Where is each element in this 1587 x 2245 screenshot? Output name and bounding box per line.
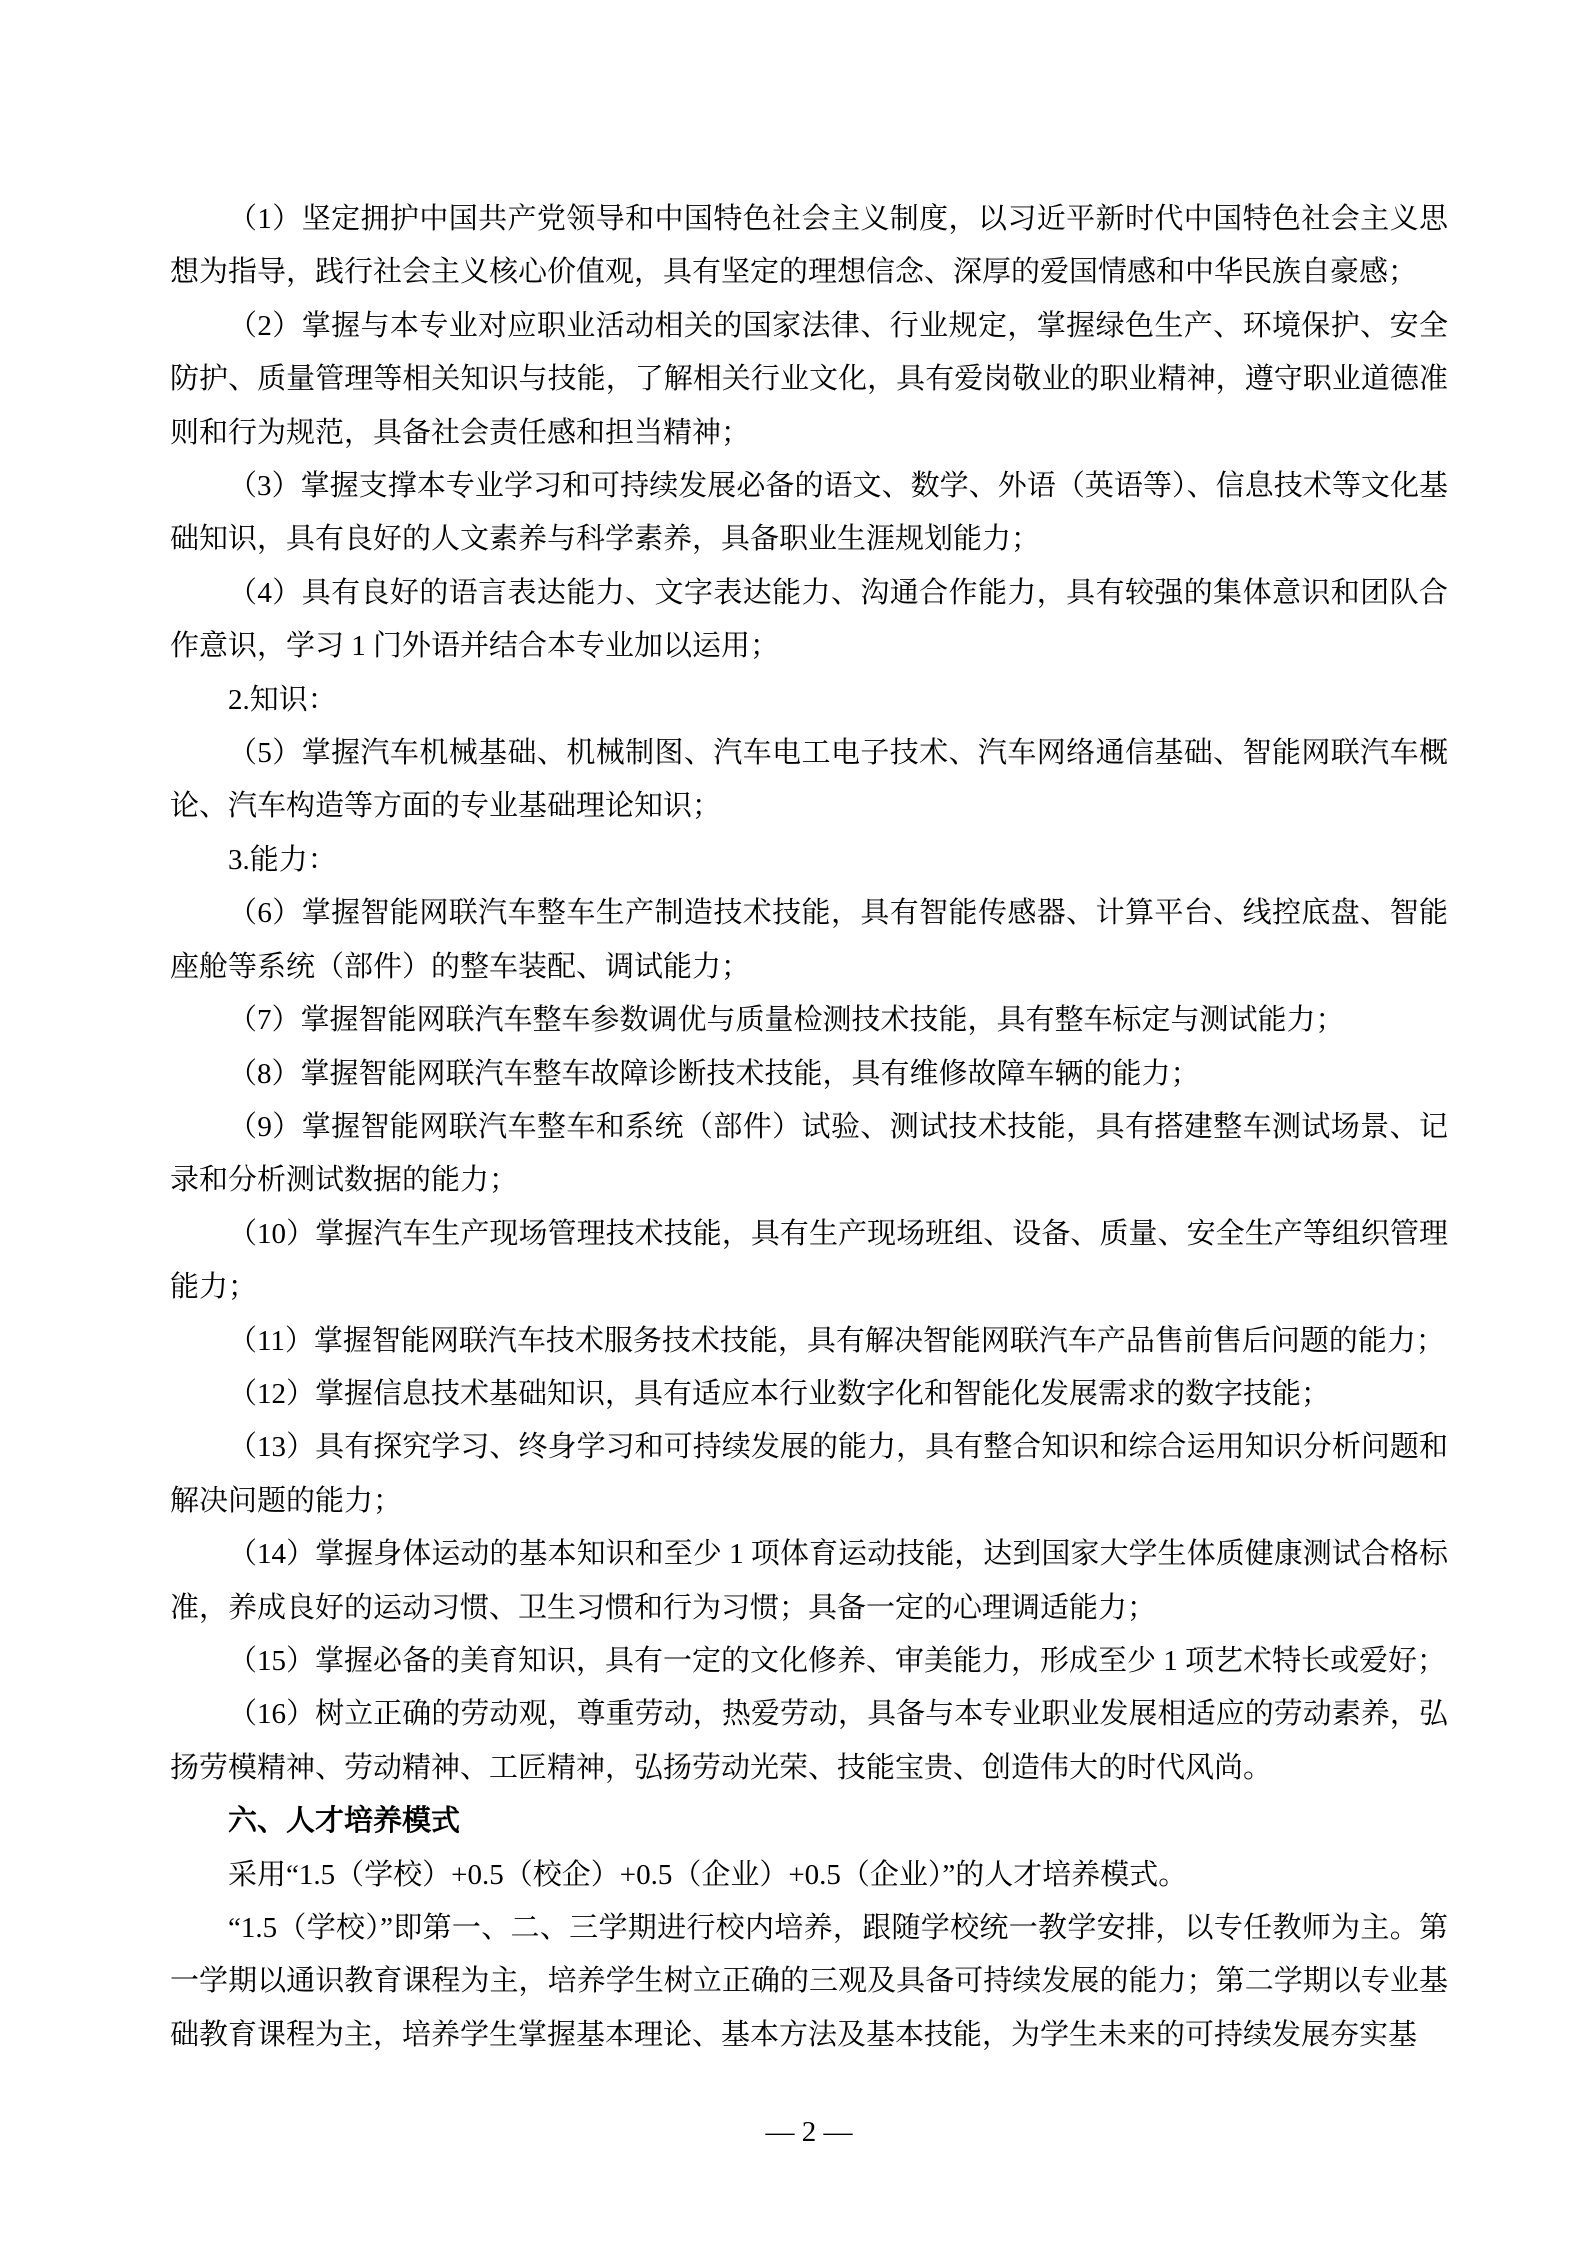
paragraph: （2）掌握与本专业对应职业活动相关的国家法律、行业规定，掌握绿色生产、环境保护、…: [170, 300, 1448, 460]
paragraph: （1）坚定拥护中国共产党领导和中国特色社会主义制度，以习近平新时代中国特色社会主…: [170, 193, 1448, 300]
paragraph: 采用“1.5（学校）+0.5（校企）+0.5（企业）+0.5（企业）”的人才培养…: [170, 1849, 1448, 1902]
document-body: （1）坚定拥护中国共产党领导和中国特色社会主义制度，以习近平新时代中国特色社会主…: [170, 193, 1448, 2062]
paragraph: （16）树立正确的劳动观，尊重劳动，热爱劳动，具备与本专业职业发展相适应的劳动素…: [170, 1688, 1448, 1795]
paragraph: （10）掌握汽车生产现场管理技术技能，具有生产现场班组、设备、质量、安全生产等组…: [170, 1208, 1448, 1315]
section-heading: 六、人才培养模式: [170, 1795, 1448, 1848]
paragraph: （7）掌握智能网联汽车整车参数调优与质量检测技术技能，具有整车标定与测试能力；: [170, 994, 1448, 1047]
paragraph: （8）掌握智能网联汽车整车故障诊断技术技能，具有维修故障车辆的能力；: [170, 1048, 1448, 1101]
paragraph: （6）掌握智能网联汽车整车生产制造技术技能，具有智能传感器、计算平台、线控底盘、…: [170, 887, 1448, 994]
paragraph: （12）掌握信息技术基础知识，具有适应本行业数字化和智能化发展需求的数字技能；: [170, 1368, 1448, 1421]
paragraph: （9）掌握智能网联汽车整车和系统（部件）试验、测试技术技能，具有搭建整车测试场景…: [170, 1101, 1448, 1208]
paragraph: （5）掌握汽车机械基础、机械制图、汽车电工电子技术、汽车网络通信基础、智能网联汽…: [170, 727, 1448, 834]
paragraph: “1.5（学校）”即第一、二、三学期进行校内培养，跟随学校统一教学安排，以专任教…: [170, 1902, 1448, 2062]
paragraph: （4）具有良好的语言表达能力、文字表达能力、沟通合作能力，具有较强的集体意识和团…: [170, 567, 1448, 674]
paragraph: 2.知识：: [170, 674, 1448, 727]
paragraph: （11）掌握智能网联汽车技术服务技术技能，具有解决智能网联汽车产品售前售后问题的…: [170, 1315, 1448, 1368]
paragraph: （13）具有探究学习、终身学习和可持续发展的能力，具有整合知识和综合运用知识分析…: [170, 1421, 1448, 1528]
paragraph: （14）掌握身体运动的基本知识和至少 1 项体育运动技能，达到国家大学生体质健康…: [170, 1528, 1448, 1635]
document-page: （1）坚定拥护中国共产党领导和中国特色社会主义制度，以习近平新时代中国特色社会主…: [0, 0, 1587, 2245]
paragraph: （15）掌握必备的美育知识，具有一定的文化修养、审美能力，形成至少 1 项艺术特…: [170, 1635, 1448, 1688]
paragraph: 3.能力：: [170, 834, 1448, 887]
page-number: — 2 —: [170, 2112, 1448, 2152]
paragraph: （3）掌握支撑本专业学习和可持续发展必备的语文、数学、外语（英语等）、信息技术等…: [170, 460, 1448, 567]
